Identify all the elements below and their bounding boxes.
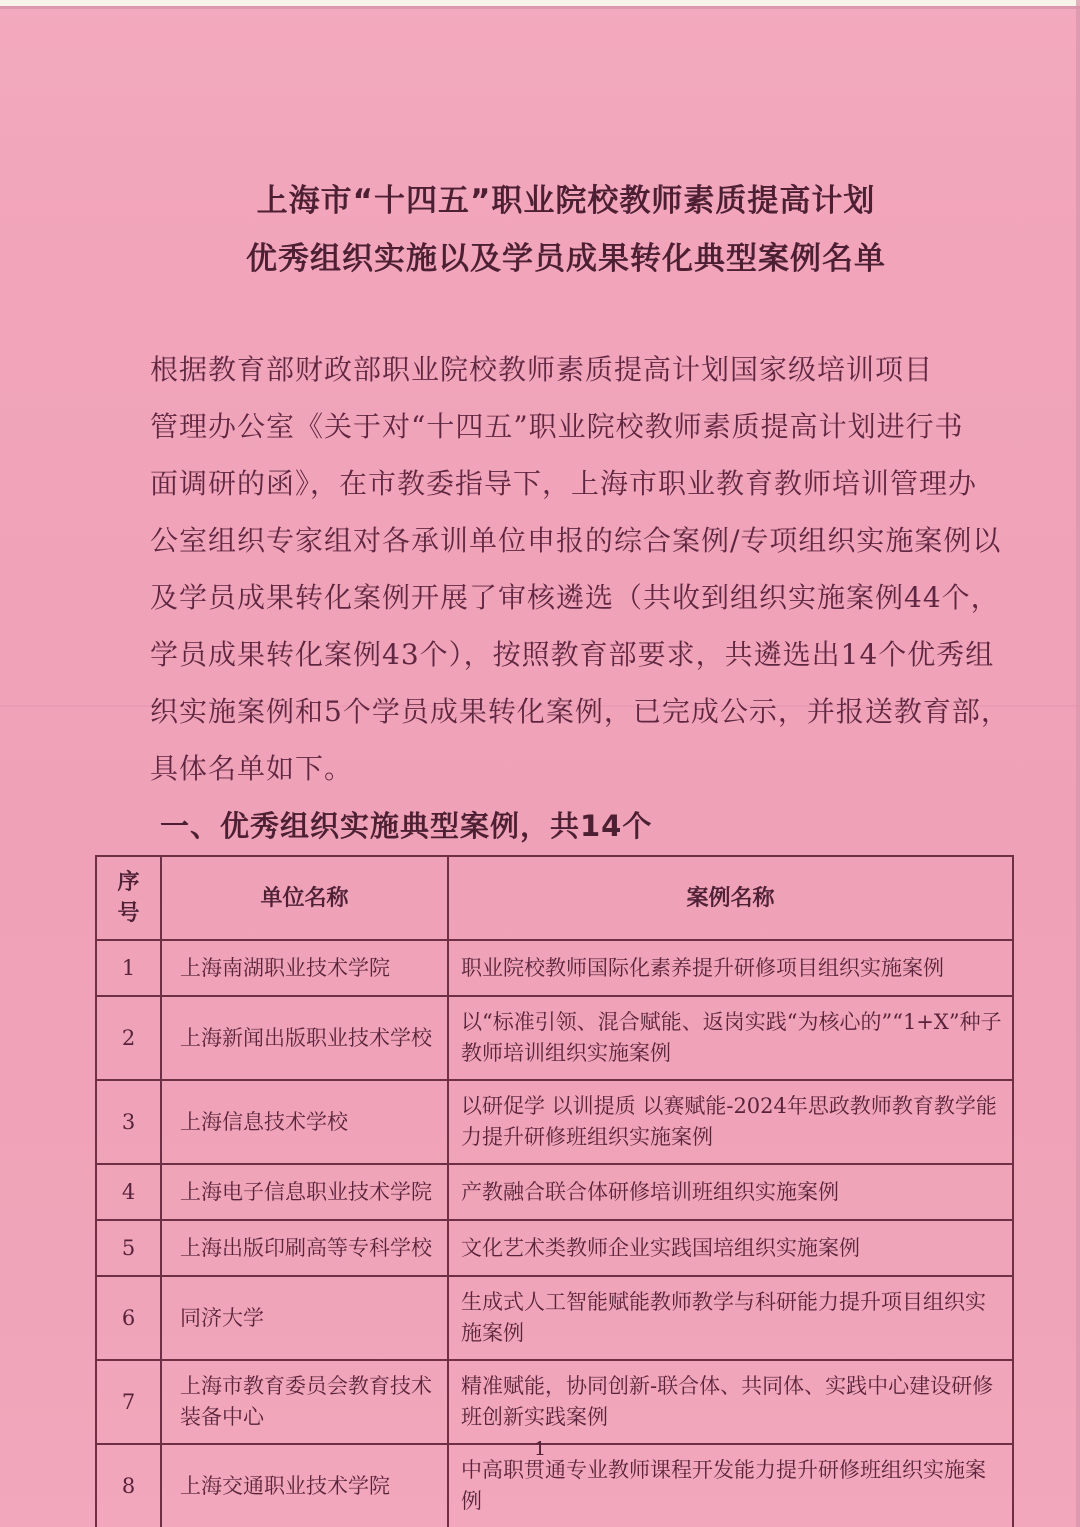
cases-table-header: 序号 单位名称 案例名称 — [96, 856, 1013, 940]
unit-name-cell: 同济大学 — [161, 1276, 448, 1360]
paragraph-line: 具体名单如下。 — [150, 740, 968, 797]
case-name-cell: 以“标准引领、混合赋能、返岗实践“为核心的”“1+X”种子教师培训组织实施案例 — [448, 996, 1013, 1080]
body-paragraph: 根据教育部财政部职业院校教师素质提高计划国家级培训项目 管理办公室《关于对“十四… — [150, 341, 968, 797]
case-name-cell: 职业院校教师国际化素养提升研修项目组织实施案例 — [448, 940, 1013, 996]
scanned-document-page: 上海市“十四五”职业院校教师素质提高计划 优秀组织实施以及学员成果转化典型案例名… — [0, 0, 1080, 1527]
paragraph-line: 织实施案例和5个学员成果转化案例，已完成公示，并报送教育部， — [150, 683, 968, 740]
table-row: 1 上海南湖职业技术学院 职业院校教师国际化素养提升研修项目组织实施案例 — [96, 940, 1013, 996]
document-title-line1: 上海市“十四五”职业院校教师素质提高计划 — [26, 172, 1080, 230]
header-cell-no: 序号 — [96, 856, 161, 940]
header-cell-unit: 单位名称 — [161, 856, 448, 940]
table-row: 6 同济大学 生成式人工智能赋能教师教学与科研能力提升项目组织实施案例 — [96, 1276, 1013, 1360]
table-row: 5 上海出版印刷高等专科学校 文化艺术类教师企业实践国培组织实施案例 — [96, 1220, 1013, 1276]
unit-name-cell: 上海电子信息职业技术学院 — [161, 1164, 448, 1220]
table-row: 7 上海市教育委员会教育技术装备中心 精准赋能，协同创新-联合体、共同体、实践中… — [96, 1360, 1013, 1444]
unit-name-cell: 上海南湖职业技术学院 — [161, 940, 448, 996]
table-row: 4 上海电子信息职业技术学院 产教融合联合体研修培训班组织实施案例 — [96, 1164, 1013, 1220]
row-number-cell: 5 — [96, 1220, 161, 1276]
page-number: 1 — [0, 1438, 1080, 1460]
row-number-cell: 6 — [96, 1276, 161, 1360]
document-title-line2: 优秀组织实施以及学员成果转化典型案例名单 — [26, 230, 1080, 288]
case-name-cell: 产教融合联合体研修培训班组织实施案例 — [448, 1164, 1013, 1220]
paragraph-line: 公室组织专家组对各承训单位申报的综合案例/专项组织实施案例以 — [150, 512, 968, 569]
header-row: 序号 单位名称 案例名称 — [96, 856, 1013, 940]
cases-table: 序号 单位名称 案例名称 1 上海南湖职业技术学院 职业院校教师国际化素养提升研… — [95, 855, 1014, 1527]
unit-name-cell: 上海市教育委员会教育技术装备中心 — [161, 1360, 448, 1444]
paragraph-line: 根据教育部财政部职业院校教师素质提高计划国家级培训项目 — [150, 341, 968, 398]
case-name-cell: 生成式人工智能赋能教师教学与科研能力提升项目组织实施案例 — [448, 1276, 1013, 1360]
row-number-cell: 3 — [96, 1080, 161, 1164]
header-cell-case: 案例名称 — [448, 856, 1013, 940]
row-number-cell: 7 — [96, 1360, 161, 1444]
paragraph-line: 学员成果转化案例43个），按照教育部要求，共遴选出14个优秀组 — [150, 626, 968, 683]
unit-name-cell: 上海出版印刷高等专科学校 — [161, 1220, 448, 1276]
case-name-cell: 以研促学 以训提质 以赛赋能-2024年思政教师教育教学能力提升研修班组织实施案… — [448, 1080, 1013, 1164]
table-row: 2 上海新闻出版职业技术学校 以“标准引领、混合赋能、返岗实践“为核心的”“1+… — [96, 996, 1013, 1080]
unit-name-cell: 上海新闻出版职业技术学校 — [161, 996, 448, 1080]
table-row: 3 上海信息技术学校 以研促学 以训提质 以赛赋能-2024年思政教师教育教学能… — [96, 1080, 1013, 1164]
section-heading: 一、优秀组织实施典型案例，共14个 — [160, 804, 652, 845]
document-title: 上海市“十四五”职业院校教师素质提高计划 优秀组织实施以及学员成果转化典型案例名… — [26, 172, 1080, 288]
case-name-cell: 文化艺术类教师企业实践国培组织实施案例 — [448, 1220, 1013, 1276]
paragraph-line: 及学员成果转化案例开展了审核遴选（共收到组织实施案例44个， — [150, 569, 968, 626]
row-number-cell: 2 — [96, 996, 161, 1080]
row-number-cell: 4 — [96, 1164, 161, 1220]
paragraph-line: 管理办公室《关于对“十四五”职业院校教师素质提高计划进行书 — [150, 398, 968, 455]
paragraph-line: 面调研的函》，在市教委指导下，上海市职业教育教师培训管理办 — [150, 455, 968, 512]
row-number-cell: 1 — [96, 940, 161, 996]
scan-edge-top-shadow — [0, 6, 1080, 9]
unit-name-cell: 上海信息技术学校 — [161, 1080, 448, 1164]
case-name-cell: 精准赋能，协同创新-联合体、共同体、实践中心建设研修班创新实践案例 — [448, 1360, 1013, 1444]
